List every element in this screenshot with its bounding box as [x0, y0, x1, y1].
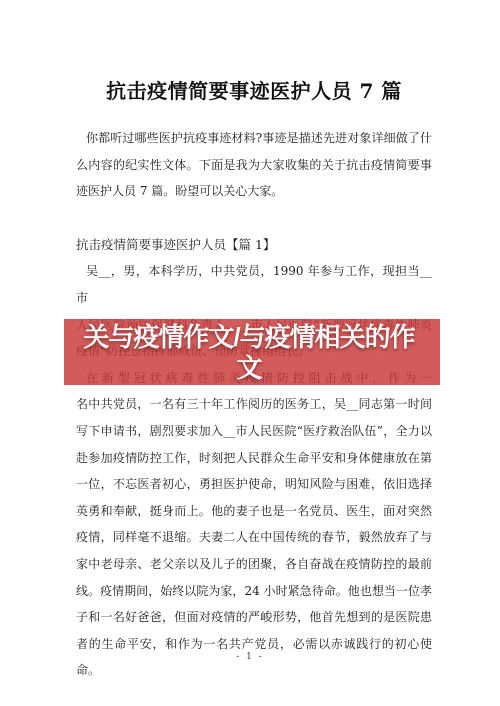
text-line: 吴__，男，本科学历，中共党员，1990 年参与工作，现担当__市 — [76, 258, 432, 311]
text-line: 文 — [72, 353, 426, 384]
text-line: 赴参加疫情防控工作，时刻把人民群众生命平安和身体健康放在第 — [76, 445, 432, 472]
text-line: 英勇和奉献，挺身而上。他的妻子也是一名党员、医生，面对突然 — [76, 498, 432, 525]
section-heading: 抗击疫情简要事迹医护人员【篇 1】 — [76, 232, 432, 259]
text-line: 线。疫情期间，始终以院为家，24 小时紧急待命。他也想当一位孝 — [76, 578, 432, 605]
paragraph-2: 在新型冠状病毒性肺炎疫情防控阻击战中，作为一名中共党员，一名有三十年工作阅历的医… — [76, 365, 432, 684]
intro-paragraph: 你都听过哪些医护抗疫事迹材料?事迹是描述先进对象详细做了什么内容的纪实性文体。下… — [76, 125, 432, 205]
promo-banner-overlay: 关与疫情作文/与疫情相关的作文 — [64, 319, 440, 385]
document-title: 抗击疫情简要事迹医护人员 7 篇 — [76, 78, 432, 105]
text-line: 名中共党员，一名有三十年工作阅历的医务工，吴__同志第一时间 — [76, 391, 432, 418]
page-number: - 1 - — [0, 652, 500, 662]
text-line: 一位，不忘医者初心，勇担医护使命，明知风险与困难，依旧选择 — [76, 471, 432, 498]
text-line: 么内容的纪实性文体。下面是我为大家收集的关于抗击疫情简要事 — [76, 152, 432, 179]
text-line: 疫情，同样毫不退缩。夫妻二人在中国传统的春节，毅然放弃了与 — [76, 524, 432, 551]
document-page: 抗击疫情简要事迹医护人员 7 篇 你都听过哪些医护抗疫事迹材料?事迹是描述先进对… — [0, 0, 500, 706]
text-line: 迹医护人员 7 篇。盼望可以关心大家。 — [76, 178, 432, 205]
text-line: 写下申请书，剧烈要求加入__市人民医院“医疗救治队伍”，全力以 — [76, 418, 432, 445]
text-line: 关与疫情作文/与疫情相关的作 — [72, 322, 426, 353]
text-line: 你都听过哪些医护抗疫事迹材料?事迹是描述先进对象详细做了什 — [76, 125, 432, 152]
text-line: 子和一名好爸爸，但面对疫情的严峻形势，他首先想到的是医院患 — [76, 604, 432, 631]
text-line: 家中老母亲、老父亲以及儿子的团聚，各自奋战在疫情防控的最前 — [76, 551, 432, 578]
